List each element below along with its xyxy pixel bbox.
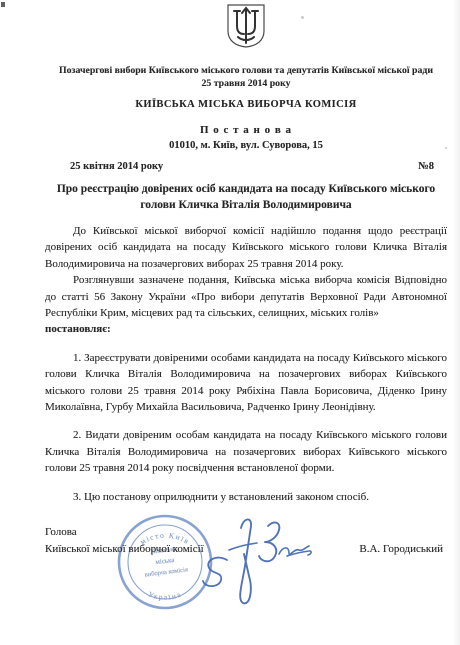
- scan-speck: [1, 2, 5, 7]
- resolves-word: постановляє:: [45, 321, 447, 337]
- paragraph-legal-basis: Розглянувши зазначене подання, Київська …: [45, 272, 447, 321]
- document-body: До Київської міської виборчої комісії на…: [45, 223, 447, 505]
- signer-name: В.А. Городиський: [359, 541, 447, 558]
- commission-name: КИЇВСЬКА МІСЬКА ВИБОРЧА КОМІСІЯ: [45, 98, 447, 111]
- resolution-item-3: 3. Цю постанову оприлюднити у встановлен…: [45, 489, 447, 505]
- commission-address: 01010, м. Київ, вул. Суворова, 15: [45, 139, 447, 152]
- election-header-line2: 25 травня 2014 року: [45, 78, 447, 91]
- handwritten-signature: [173, 512, 313, 620]
- ukraine-coat-of-arms-icon: [226, 4, 266, 53]
- trident-emblem: [226, 4, 266, 48]
- paragraph-intro: До Київської міської виборчої комісії на…: [45, 223, 447, 272]
- document-content: Позачергові вибори Київського міського г…: [45, 0, 447, 505]
- scanned-document-page: Позачергові вибори Київського міського г…: [0, 0, 460, 645]
- document-type-heading: П о с т а н о в а: [45, 124, 447, 137]
- scan-speck: [301, 16, 304, 19]
- scan-speck: [445, 147, 447, 149]
- document-number: №8: [418, 160, 434, 173]
- scan-edge-shadow: [453, 0, 460, 645]
- document-title: Про реєстрацію довірених осіб кандидата …: [56, 182, 436, 213]
- date-number-row: 25 квітня 2014 року №8: [45, 160, 447, 173]
- document-date: 25 квітня 2014 року: [70, 160, 163, 173]
- election-header-line1: Позачергові вибори Київського міського г…: [45, 65, 447, 78]
- resolution-item-1: 1. Зареєструвати довіреними особами канд…: [45, 350, 447, 416]
- resolution-item-2: 2. Видати довіреним особам кандидата на …: [45, 427, 447, 476]
